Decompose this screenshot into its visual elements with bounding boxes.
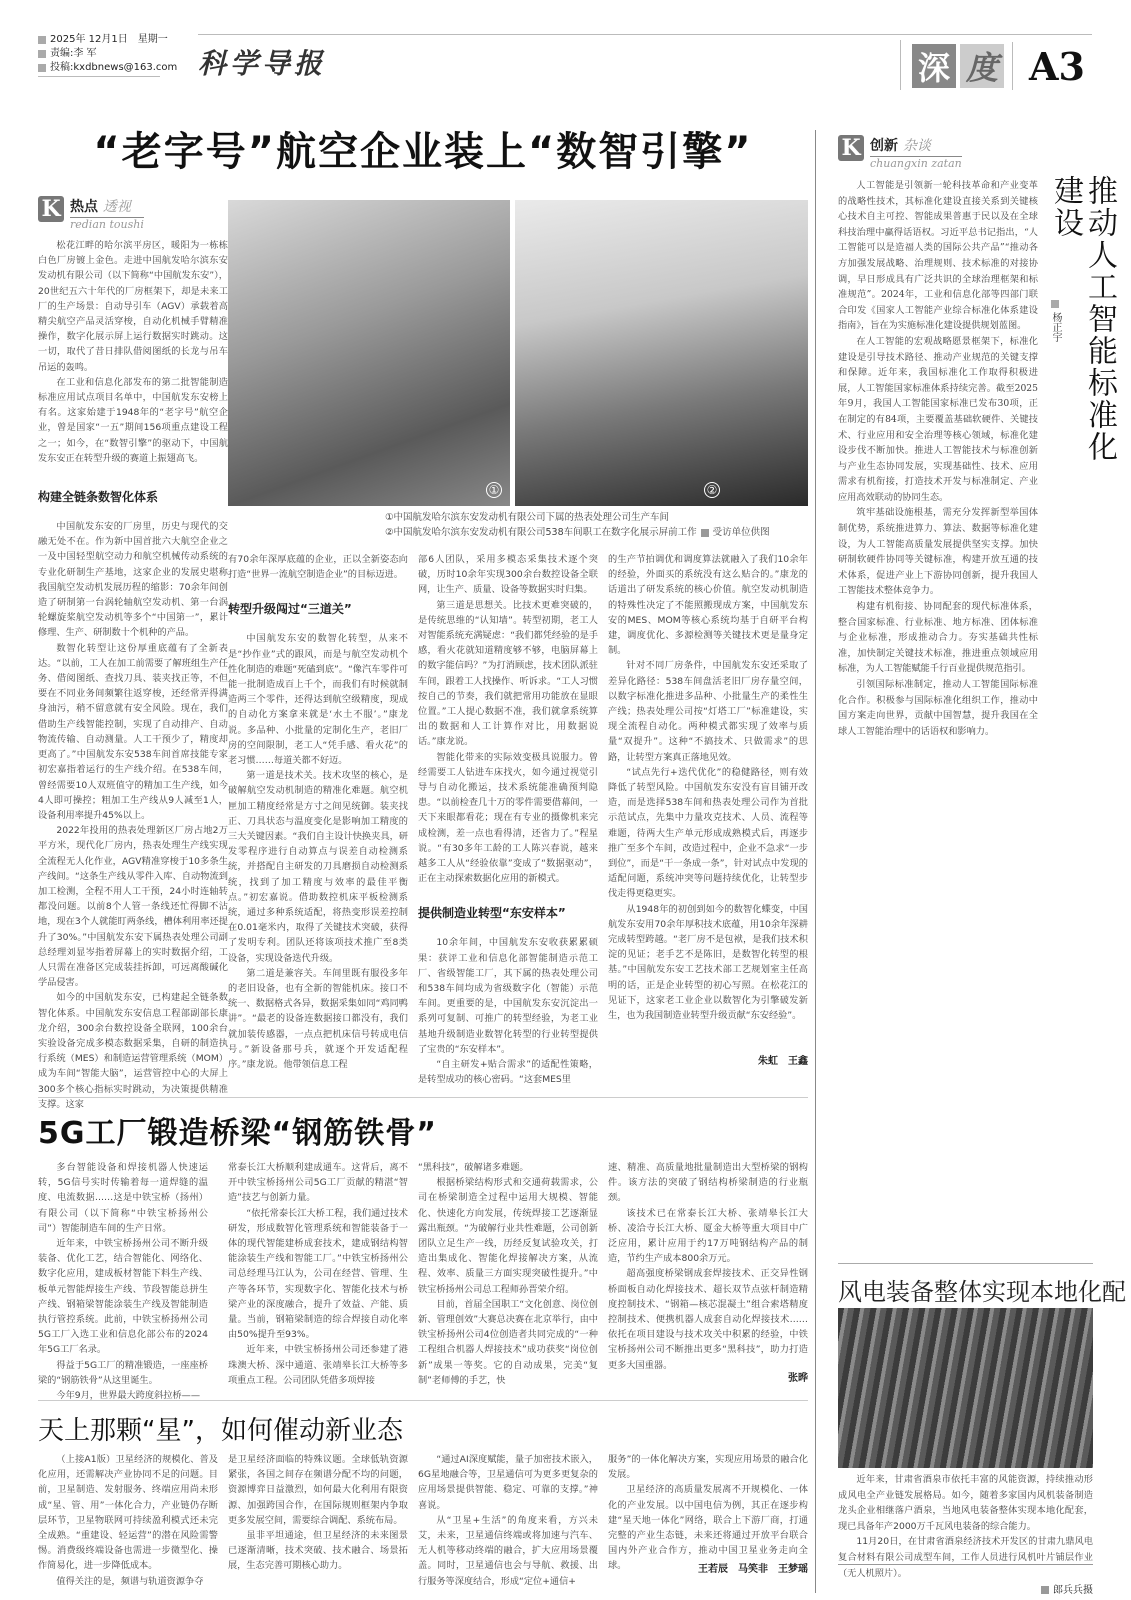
- lead-byline: 朱虹 王鑫: [608, 1052, 808, 1067]
- satellite-col-4: 服务”的一体化解决方案，实现应用场景的融合化发展。 卫星经济的高质量发展离不开规…: [608, 1452, 808, 1574]
- column-divider: [815, 130, 816, 1593]
- paragraph: 针对不同厂房条件，中国航发东安还采取了差异化路径：538车间盘活老旧厂房存量空间…: [608, 658, 808, 764]
- caption-line: ①中国航发哈尔滨东安发动机有限公司下属的热表处理公司生产车间: [385, 510, 810, 525]
- masthead-info: 2025年 12月1日 星期一 责编:李 军 投稿:kxdbnews@163.c…: [38, 33, 177, 75]
- wind-caption: 近年来，甘肃省酒泉市依托丰富的风能资源，持续推动形成风电全产业链发展格局。如今，…: [838, 1472, 1093, 1596]
- lead-col-4: 的生产节拍调优和调度算法就融入了我们10余年的经验，外面买的系统没有这么贴合的。…: [608, 552, 808, 1023]
- k-logo-icon: K: [38, 196, 64, 222]
- submission-email[interactable]: 投稿:kxdbnews@163.com: [50, 61, 177, 75]
- bullet-square-icon: [38, 64, 46, 72]
- photo-workers: ②: [515, 200, 808, 506]
- paragraph: 数智化转型让这份厚重底蕴有了全新表达。“以前，工人在加工前需要了解班组生产任务、…: [38, 641, 228, 823]
- satellite-byline: 王若辰 马笑非 王梦瑶: [608, 1560, 808, 1575]
- page-number: A3: [1029, 44, 1085, 89]
- paragraph: 近年来，甘肃省酒泉市依托丰富的风能资源，持续推动形成风电全产业链发展格局。如今，…: [838, 1472, 1093, 1534]
- column-label-chuangxin: K 创新 杂谈 chuangxin zatan: [838, 135, 962, 170]
- paragraph: 第二道是兼容关。车间里既有服役多年的老旧设备，也有全新的智能机床。接口不统一、数…: [228, 966, 408, 1072]
- photo-credit: 受访单位供图: [713, 527, 770, 538]
- 5g-byline: 张晔: [608, 1369, 808, 1384]
- paragraph: “依托常泰长江大桥工程，我们通过技术研发，形成数智化管理系统和智能装备于一体的现…: [228, 1206, 408, 1343]
- 5g-col1-text: 多台智能设备和焊接机器人快速运转，5G信号实时传输着每一道焊缝的温度、电流数据……: [38, 1160, 208, 1403]
- paragraph: 常泰长江大桥顺利建成通车。这背后，离不开中铁宝桥扬州公司5G工厂贡献的精湛“智造…: [228, 1160, 408, 1206]
- editor-line: 责编:李 军: [38, 47, 177, 61]
- date-line: 2025年 12月1日 星期一: [38, 33, 177, 47]
- caption-line: ②中国航发哈尔滨东安发动机有限公司538车间职工在数字化展示屏前工作受访单位供图: [385, 525, 810, 540]
- paragraph: 是卫星经济面临的特殊议题。全球低轨资源紧张，各国之间存在频谱分配不均的问题，资源…: [228, 1452, 408, 1528]
- satellite-col-2: 是卫星经济面临的特殊议题。全球低轨资源紧张，各国之间存在频谱分配不均的问题，资源…: [228, 1452, 408, 1574]
- lead-headline: “老字号”航空企业装上“数智引擎”: [38, 120, 808, 177]
- paragraph: 从“卫星+生活”的角度来看，方兴未艾，未来，卫星通信终端或将加速与汽车、无人机等…: [418, 1513, 598, 1589]
- lead-section-2: 中国航发东安的数智化转型，从来不是“抄作业”式的跟风，而是与航空发动机个性化制造…: [228, 631, 408, 1072]
- satellite-headline: 天上那颗“星”，如何催动新业态: [38, 1410, 403, 1447]
- divider: [1012, 42, 1013, 90]
- lead-col3-text: 部6人团队，采用多模态采集技术逐个突破，历时10余年实现300余台数控设备全联网…: [418, 552, 598, 886]
- 5g-col-3: “黑科技”，破解诸多难题。 根据桥梁结构形式和交通荷载需求，公司在桥梁制造全过程…: [418, 1160, 598, 1388]
- paragraph: 中国航发东安的数智化转型，从来不是“抄作业”式的跟风，而是与航空发动机个性化制造…: [228, 631, 408, 768]
- side-column-text: 人工智能是引领新一轮科技革命和产业变革的战略性技术，其标准化建设直接关系到关键核…: [838, 178, 1038, 739]
- bullet-square-icon: [701, 529, 709, 537]
- section-rule: [38, 1400, 808, 1401]
- bullet-square-icon: [38, 50, 46, 58]
- paragraph: “黑科技”，破解诸多难题。: [418, 1160, 598, 1175]
- section-char-2: 度: [960, 44, 1004, 88]
- satellite-col-3: “通过AI深度赋能，量子加密技术嵌入，6G星地融合等，卫星通信可为更多更复杂的应…: [418, 1452, 598, 1589]
- 5g-headline: 5G工厂锻造桥梁“钢筋铁骨”: [38, 1108, 437, 1152]
- paragraph: 的生产节拍调优和调度算法就融入了我们10余年的经验，外面买的系统没有这么贴合的。…: [608, 552, 808, 658]
- paragraph: “试点先行+迭代优化”的稳健路径，则有效降低了转型风险。中国航发东安没有盲目铺开…: [608, 765, 808, 902]
- lead-col-2: 有70余年深厚底蕴的企业，正以全新姿态向打造“世界一流航空制造企业”的目标迈进。…: [228, 552, 408, 1072]
- photo-workshop: ①: [228, 200, 510, 506]
- satellite-col2-text: 是卫星经济面临的特殊议题。全球低轨资源紧张，各国之间存在频谱分配不均的问题，资源…: [228, 1452, 408, 1574]
- column-label-redian: K 热点 透视 redian toushi: [38, 196, 144, 231]
- paragraph: 虽非平坦通途，但卫星经济的未来图景已逐渐清晰，技术突破、技术融合、场景拓展，生态…: [228, 1528, 408, 1574]
- satellite-col-1: （上接A1版）卫星经济的规模化、普及化应用，还需解决产业协同不足的问题。目前，卫…: [38, 1452, 218, 1589]
- paragraph: 服务”的一体化解决方案，实现应用场景的融合化发展。: [608, 1452, 808, 1482]
- lead-col-1: 松花江畔的哈尔滨平房区，暖阳为一栋栋白色厂房镀上金色。走进中国航发哈尔滨东安发动…: [38, 238, 228, 1112]
- photo-wind-blade: [838, 1308, 1093, 1468]
- paragraph: 目前，首届全国职工“文化创意、岗位创新、管理创效”大赛总决赛在北京举行，由中铁宝…: [418, 1297, 598, 1388]
- paragraph: “自主研发+贴合需求”的适配性策略，是转型成功的核心密码。“这套MES里: [418, 1057, 598, 1087]
- paragraph: 该技术已在常泰长江大桥、张靖皋长江大桥、凌洽寺长江大桥、厦金大桥等重大项目中广泛…: [608, 1206, 808, 1267]
- k-logo-icon: K: [838, 135, 864, 161]
- column-label-title: 热点 透视: [70, 196, 144, 218]
- bullet-square-icon: [38, 36, 46, 44]
- 5g-col-1: 多台智能设备和焊接机器人快速运转，5G信号实时传输着每一道焊缝的温度、电流数据……: [38, 1160, 208, 1403]
- 5g-col4-text: 速、精准、高质量地批量制造出大型桥梁的钢构件。该方法的突破了钢结构桥梁制造的行业…: [608, 1160, 808, 1373]
- editor-text: 责编:李 军: [50, 47, 97, 61]
- lead-section-3: 10余年间，中国航发东安收获累累硕果：获评工业和信息化部智能制造示范工厂、省级智…: [418, 935, 598, 1087]
- paragraph: 第三道是思想关。比技术更难突破的，是传统思维的“认知墙”。转型初期，老工人对智能…: [418, 598, 598, 750]
- lead-col4-text: 的生产节拍调优和调度算法就融入了我们10余年的经验，外面买的系统没有这么贴合的。…: [608, 552, 808, 1023]
- photo-caption: ①中国航发哈尔滨东安发动机有限公司下属的热表处理公司生产车间 ②中国航发哈尔滨东…: [385, 510, 810, 540]
- section-heading: 提供制造业转型“东安样本”: [418, 904, 598, 921]
- lead-intro: 松花江畔的哈尔滨平房区，暖阳为一栋栋白色厂房镀上金色。走进中国航发哈尔滨东安发动…: [38, 238, 228, 466]
- paragraph: “通过AI深度赋能，量子加密技术嵌入，6G星地融合等，卫星通信可为更多更复杂的应…: [418, 1452, 598, 1513]
- paragraph: （上接A1版）卫星经济的规模化、普及化应用，还需解决产业协同不足的问题。目前，卫…: [38, 1452, 218, 1574]
- paragraph: 值得关注的是，频谱与轨道资源争夺: [38, 1574, 218, 1589]
- satellite-col1-text: （上接A1版）卫星经济的规模化、普及化应用，还需解决产业协同不足的问题。目前，卫…: [38, 1452, 218, 1589]
- paragraph: 在人工智能的宏观战略愿景框架下，标准化建设是引导技术路径、推动产业规范的关键支撑…: [838, 334, 1038, 506]
- section-heading: 构建全链条数智化体系: [38, 488, 228, 505]
- column-label-title: 创新 杂谈: [870, 135, 962, 157]
- paragraph: 第一道是技术关。技术攻坚的核心，是破解航空发动机制造的精准化难题。航空机匣加工精…: [228, 768, 408, 966]
- paragraph: 构建有机衔接、协同配套的现代标准体系，整合国家标准、行业标准、地方标准、团体标准…: [838, 599, 1038, 677]
- paragraph: 引领国际标准制定，推动人工智能国际标准化合作。积极参与国际标准化组织工作，推动中…: [838, 677, 1038, 739]
- 5g-col-2: 常泰长江大桥顺利建成通车。这背后，离不开中铁宝桥扬州公司5G工厂贡献的精湛“智造…: [228, 1160, 408, 1388]
- photo-number: ②: [704, 482, 720, 498]
- masthead-rule: [198, 34, 1092, 35]
- paragraph: 速、精准、高质量地批量制造出大型桥梁的钢构件。该方法的突破了钢结构桥梁制造的行业…: [608, 1160, 808, 1206]
- divider: [900, 40, 901, 90]
- divider: [38, 76, 160, 77]
- satellite-col4-text: 服务”的一体化解决方案，实现应用场景的融合化发展。 卫星经济的高质量发展离不开规…: [608, 1452, 808, 1574]
- paragraph: 从1948年的初创到如今的数智化蝶变，中国航发东安用70余年厚积技术底蕴，用10…: [608, 902, 808, 1024]
- submission-line[interactable]: 投稿:kxdbnews@163.com: [38, 61, 177, 75]
- side-column-author: 杨正宇: [1048, 300, 1063, 342]
- wind-photo-credit: 郎兵兵摄: [838, 1581, 1093, 1596]
- photo-number: ①: [486, 482, 502, 498]
- paragraph: 中国航发东安的厂房里，历史与现代的交融无处不在。作为新中国首批六大航空企业之一及…: [38, 519, 228, 641]
- paragraph: 根据桥梁结构形式和交通荷载需求，公司在桥梁制造全过程中运用大规模、智能化、快速化…: [418, 1175, 598, 1297]
- section-char-1: 深: [912, 44, 956, 88]
- lead-col-3: 部6人团队，采用多模态采集技术逐个突破，历时10余年实现300余台数控设备全联网…: [418, 552, 598, 1088]
- paragraph: 得益于5G工厂的精准锻造，一座座桥梁的“钢筋铁骨”从这里诞生。: [38, 1358, 208, 1388]
- column-label-pinyin: chuangxin zatan: [870, 157, 962, 170]
- paragraph: 部6人团队，采用多模态采集技术逐个突破，历时10余年实现300余台数控设备全联网…: [418, 552, 598, 598]
- side-column-body: 人工智能是引领新一轮科技革命和产业变革的战略性技术，其标准化建设直接关系到关键核…: [838, 178, 1038, 739]
- paragraph: 近年来，中铁宝桥扬州公司不断升级装备、优化工艺，结合智能化、网络化、数字化应用，…: [38, 1236, 208, 1358]
- lead-section-1: 中国航发东安的厂房里，历史与现代的交融无处不在。作为新中国首批六大航空企业之一及…: [38, 519, 228, 1112]
- section-badge: 深 度 A3: [912, 42, 1085, 90]
- date-text: 2025年 12月1日 星期一: [50, 33, 168, 47]
- 5g-col-4: 速、精准、高质量地批量制造出大型桥梁的钢构件。该方法的突破了钢结构桥梁制造的行业…: [608, 1160, 808, 1373]
- paragraph: 在工业和信息化部发布的第二批智能制造标准应用试点项目名单中，中国航发东安榜上有名…: [38, 375, 228, 466]
- 5g-col2-text: 常泰长江大桥顺利建成通车。这背后，离不开中铁宝桥扬州公司5G工厂贡献的精湛“智造…: [228, 1160, 408, 1388]
- paragraph: 11月20日，在甘肃省酒泉经济技术开发区的甘肃九鼎风电复合材料有限公司成型车间，…: [838, 1534, 1093, 1581]
- section-rule: [38, 1097, 808, 1098]
- section-rule: [838, 1564, 1093, 1565]
- lead-col2-text: 有70余年深厚底蕴的企业，正以全新姿态向打造“世界一流航空制造企业”的目标迈进。: [228, 552, 408, 582]
- paragraph: 如今的中国航发东安，已构建起全链条数智化体系。中国航发东安信息工程部副部长康龙介…: [38, 990, 228, 1112]
- paragraph: 松花江畔的哈尔滨平房区，暖阳为一栋栋白色厂房镀上金色。走进中国航发哈尔滨东安发动…: [38, 238, 228, 375]
- paragraph: 近年来，中铁宝桥扬州公司还参建了港珠澳大桥、深中通道、张靖皋长江大桥等多项重点工…: [228, 1342, 408, 1388]
- bullet-square-icon: [1051, 300, 1059, 308]
- 5g-col3-text: “黑科技”，破解诸多难题。 根据桥梁结构形式和交通荷载需求，公司在桥梁制造全过程…: [418, 1160, 598, 1388]
- paragraph: 人工智能是引领新一轮科技革命和产业变革的战略性技术，其标准化建设直接关系到关键核…: [838, 178, 1038, 334]
- paragraph: 有70余年深厚底蕴的企业，正以全新姿态向打造“世界一流航空制造企业”的目标迈进。: [228, 552, 408, 582]
- paragraph: 多台智能设备和焊接机器人快速运转，5G信号实时传输着每一道焊缝的温度、电流数据……: [38, 1160, 208, 1236]
- paragraph: 2022年投用的热表处理新区厂房占地2万平方米，现代化厂房内，热表处理生产线实现…: [38, 823, 228, 990]
- paragraph: 智能化带来的实际效变极具说服力。曾经需要工人钻进车床找火，如今通过视觉引导与自动…: [418, 750, 598, 887]
- section-rule: [838, 1263, 1093, 1264]
- bullet-square-icon: [1041, 1586, 1049, 1594]
- paragraph: 筑牢基础设施根基，需充分发挥新型举国体制优势，系统推进算力、算法、数据等标准化建…: [838, 505, 1038, 599]
- column-label-pinyin: redian toushi: [70, 218, 144, 231]
- paragraph: 超高强度桥梁钢成套焊接技术、正交异性钢桥面板自动化焊接技术、超长双节点弦杆制造精…: [608, 1266, 808, 1372]
- newspaper-brand: 科学导报: [198, 42, 326, 82]
- satellite-col3-text: “通过AI深度赋能，量子加密技术嵌入，6G星地融合等，卫星通信可为更多更复杂的应…: [418, 1452, 598, 1589]
- paragraph: 10余年间，中国航发东安收获累累硕果：获评工业和信息化部智能制造示范工厂、省级智…: [418, 935, 598, 1057]
- section-heading: 转型升级闯过“三道关”: [228, 600, 408, 617]
